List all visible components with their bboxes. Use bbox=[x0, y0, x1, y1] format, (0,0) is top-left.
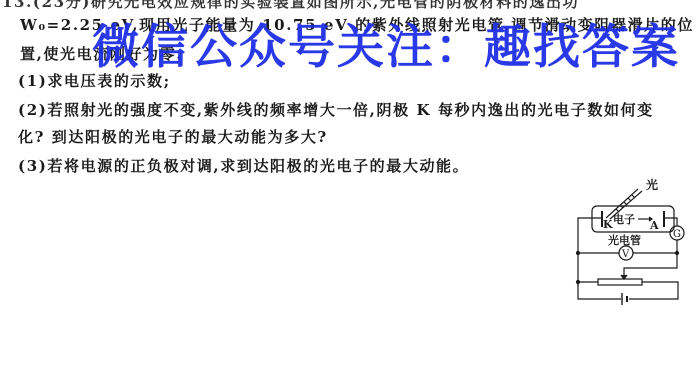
question-2a: (2)若照射光的强度不变,紫外线的频率增大一倍,阴极 K 每秒内逸出的光电子数如… bbox=[18, 99, 654, 120]
watermark: 微信公众号关注：趣找答案 bbox=[92, 10, 680, 77]
battery-icon bbox=[622, 293, 627, 305]
circuit-diagram: 光 K 电子 A 光电管 G V bbox=[560, 175, 700, 305]
question-2b: 化? 到达阳极的光电子的最大动能为多大? bbox=[18, 126, 328, 147]
tube-label: 光电管 bbox=[608, 233, 641, 247]
light-label: 光 bbox=[646, 177, 658, 192]
electron-label: 电子 bbox=[613, 212, 635, 226]
svg-text:G: G bbox=[673, 229, 681, 240]
rheostat-icon bbox=[598, 279, 642, 285]
svg-text:V: V bbox=[621, 249, 630, 260]
question-3: (3)若将电源的正负极对调,求到达阳极的光电子的最大动能。 bbox=[18, 155, 469, 176]
cathode-label: K bbox=[603, 218, 613, 231]
anode-label: A bbox=[649, 219, 659, 232]
